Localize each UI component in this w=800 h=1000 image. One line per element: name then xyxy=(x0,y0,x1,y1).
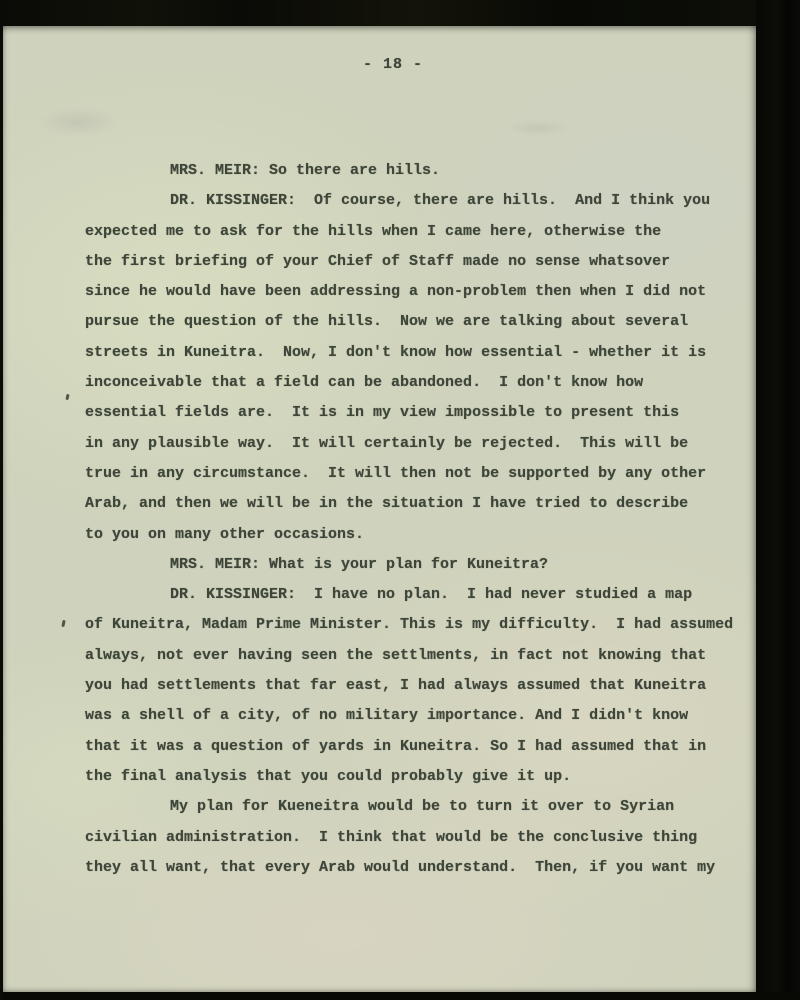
transcript-line: inconceivable that a field can be abando… xyxy=(85,368,745,398)
transcript-line: Arab, and then we will be in the situati… xyxy=(85,489,745,519)
transcript-line: expected me to ask for the hills when I … xyxy=(85,217,745,247)
transcript-text: MRS. MEIR: So there are hills.DR. KISSIN… xyxy=(85,156,745,883)
ink-speck xyxy=(61,620,65,627)
transcript-line: was a shell of a city, of no military im… xyxy=(85,701,745,731)
transcript-line: always, not ever having seen the settlme… xyxy=(85,641,745,671)
paper-sheet: - 18 - MRS. MEIR: So there are hills.DR.… xyxy=(3,26,756,992)
transcript-line: civilian administration. I think that wo… xyxy=(85,823,745,853)
transcript-line: that it was a question of yards in Kunei… xyxy=(85,732,745,762)
transcript-line: they all want, that every Arab would und… xyxy=(85,853,745,883)
transcript-line: DR. KISSINGER: I have no plan. I had nev… xyxy=(85,580,745,610)
scan-border-bottom xyxy=(0,992,800,1000)
transcript-line: since he would have been addressing a no… xyxy=(85,277,745,307)
transcript-line: to you on many other occasions. xyxy=(85,520,745,550)
scan-border-top xyxy=(0,0,800,26)
ink-speck xyxy=(65,394,69,400)
transcript-line: My plan for Kueneitra would be to turn i… xyxy=(85,792,745,822)
transcript-line: the first briefing of your Chief of Staf… xyxy=(85,247,745,277)
page-number: - 18 - xyxy=(363,56,423,73)
transcript-line: of Kuneitra, Madam Prime Minister. This … xyxy=(85,610,745,640)
transcript-line: DR. KISSINGER: Of course, there are hill… xyxy=(85,186,745,216)
transcript-line: true in any circumstance. It will then n… xyxy=(85,459,745,489)
scan-border-right xyxy=(756,0,800,1000)
transcript-line: MRS. MEIR: What is your plan for Kuneitr… xyxy=(85,550,745,580)
transcript-line: in any plausible way. It will certainly … xyxy=(85,429,745,459)
transcript-line: you had settlements that far east, I had… xyxy=(85,671,745,701)
transcript-line: streets in Kuneitra. Now, I don't know h… xyxy=(85,338,745,368)
transcript-line: MRS. MEIR: So there are hills. xyxy=(85,156,745,186)
transcript-line: pursue the question of the hills. Now we… xyxy=(85,307,745,337)
transcript-line: the final analysis that you could probab… xyxy=(85,762,745,792)
transcript-line: essential fields are. It is in my view i… xyxy=(85,398,745,428)
